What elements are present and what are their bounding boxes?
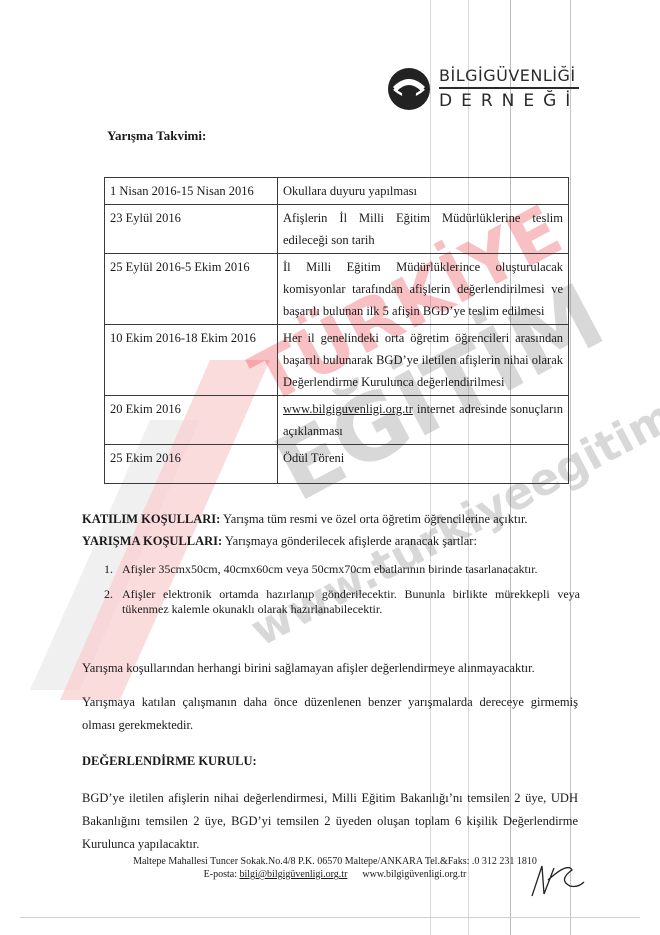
schedule-description: Afişlerin İl Milli Eğitim Müdürlüklerine…: [278, 205, 569, 254]
participation-conditions: KATILIM KOŞULLARI: Yarışma tüm resmi ve …: [82, 508, 582, 530]
table-row: 1 Nisan 2016-15 Nisan 2016 Okullara duyu…: [105, 178, 569, 205]
table-row: 20 Ekim 2016 www.bilgiguvenligi.org.tr i…: [105, 396, 569, 445]
originality-note: Yarışmaya katılan çalışmanın daha önce d…: [82, 691, 578, 737]
schedule-description: Her il genelindeki orta öğretim öğrencil…: [278, 325, 569, 396]
schedule-description: İl Milli Eğitim Müdürlüklerince oluşturu…: [278, 254, 569, 325]
schedule-date: 10 Ekim 2016-18 Ekim 2016: [105, 325, 278, 396]
website-link[interactable]: www.bilgiguvenligi.org.tr: [283, 402, 413, 416]
list-item: 1. Afişler 35cmx50cm, 40cmx60cm veya 50c…: [104, 562, 580, 577]
logo-subtitle: DERNEĞİ: [439, 91, 579, 111]
email-link[interactable]: bilgi@bilgigüvenligi.org.tr: [240, 869, 348, 880]
jury-description: BGD’ye iletilen afişlerin nihai değerlen…: [82, 787, 578, 856]
scan-edge: [20, 917, 640, 918]
footer-contact: E-posta: bilgi@bilgigüvenligi.org.tr www…: [100, 868, 570, 881]
eye-circle-icon: [387, 67, 431, 111]
eligibility-note: Yarışma koşullarından herhangi birini sa…: [82, 657, 578, 680]
table-row: 25 Ekim 2016 Ödül Töreni: [105, 445, 569, 484]
footer: Maltepe Mahallesi Tuncer Sokak.No.4/8 P.…: [100, 855, 570, 881]
footer-address: Maltepe Mahallesi Tuncer Sokak.No.4/8 P.…: [100, 855, 570, 868]
schedule-table: 1 Nisan 2016-15 Nisan 2016 Okullara duyu…: [104, 177, 569, 484]
schedule-date: 23 Eylül 2016: [105, 205, 278, 254]
logo-name: BİLGİGÜVENLİĞİ: [439, 66, 579, 89]
table-row: 10 Ekim 2016-18 Ekim 2016 Her il genelin…: [105, 325, 569, 396]
table-row: 23 Eylül 2016 Afişlerin İl Milli Eğitim …: [105, 205, 569, 254]
competition-conditions: YARIŞMA KOŞULLARI: Yarışmaya gönderilece…: [82, 530, 582, 552]
conditions-list: 1. Afişler 35cmx50cm, 40cmx60cm veya 50c…: [104, 562, 580, 627]
website-link[interactable]: www.bilgigüvenligi.org.tr: [362, 869, 466, 880]
jury-title: DEĞERLENDİRME KURULU:: [82, 754, 257, 769]
schedule-title: Yarışma Takvimi:: [107, 128, 206, 144]
conditions-block: KATILIM KOŞULLARI: Yarışma tüm resmi ve …: [82, 508, 582, 552]
schedule-date: 20 Ekim 2016: [105, 396, 278, 445]
schedule-date: 1 Nisan 2016-15 Nisan 2016: [105, 178, 278, 205]
table-row: 25 Eylül 2016-5 Ekim 2016 İl Milli Eğiti…: [105, 254, 569, 325]
list-item: 2. Afişler elektronik ortamda hazırlanıp…: [104, 587, 580, 617]
schedule-date: 25 Eylül 2016-5 Ekim 2016: [105, 254, 278, 325]
schedule-description: Ödül Töreni: [278, 445, 569, 484]
schedule-date: 25 Ekim 2016: [105, 445, 278, 484]
handwritten-signature-icon: [528, 860, 588, 900]
schedule-description: Okullara duyuru yapılması: [278, 178, 569, 205]
schedule-description: www.bilgiguvenligi.org.tr internet adres…: [278, 396, 569, 445]
organization-logo: BİLGİGÜVENLİĞİ DERNEĞİ: [387, 66, 579, 111]
